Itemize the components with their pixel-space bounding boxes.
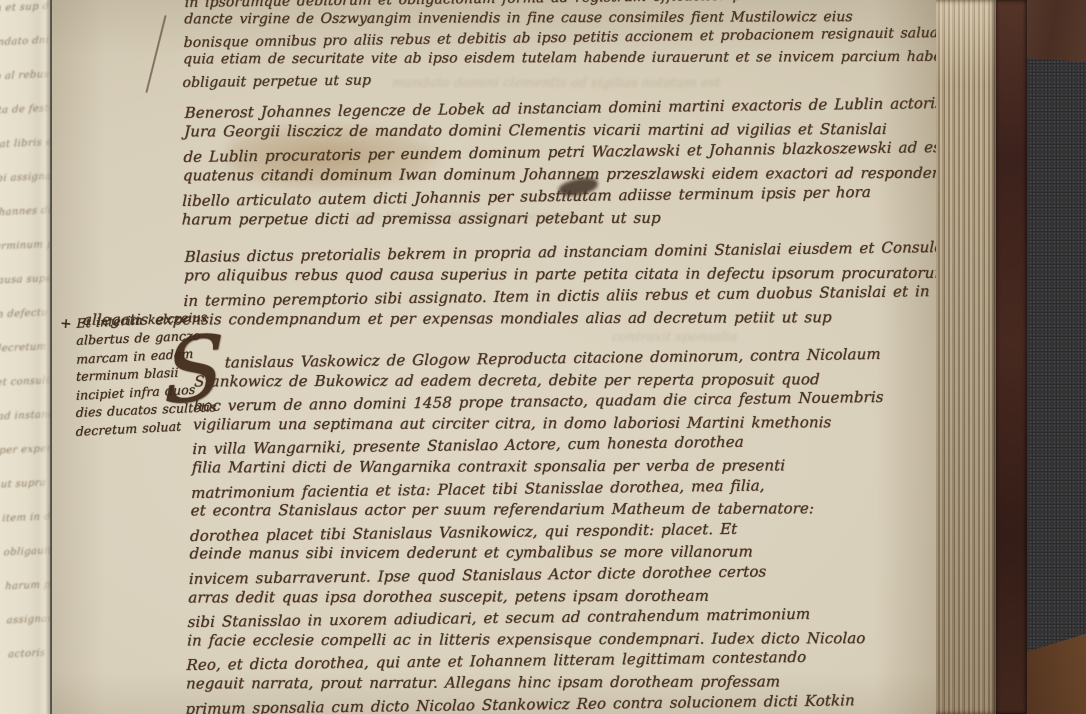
marginal-note: Et interim kelczeiusalbertus de ganczoma… (76, 306, 267, 441)
manuscript-line: allegatis expensis condempnandum et per … (183, 306, 920, 331)
entry-paragraph-2: Benerost Johannes legencze de Lobek ad i… (181, 94, 921, 232)
entry-paragraph-main: tanislaus Vaskowicz de Glogow Reproducta… (185, 345, 931, 714)
entry-paragraph-1: in ipsorumque debitorum et obligacionum … (182, 0, 921, 91)
margin-cross-mark: + (59, 315, 72, 332)
book-cover-edge (993, 0, 1027, 714)
entry-paragraph-3: Blasius dictus pretorialis bekrem in pro… (183, 238, 921, 332)
manuscript-photo: rum et sup dictimandato dni clepro al re… (0, 0, 1086, 714)
manuscript-line: harum perpetue dicti ad premissa assigna… (181, 206, 918, 231)
manuscript-page: mandato domini clementis ad vigilias not… (52, 0, 936, 714)
book-fore-edge (930, 0, 996, 714)
show-through-text: contraxit sponsalia (611, 330, 738, 345)
